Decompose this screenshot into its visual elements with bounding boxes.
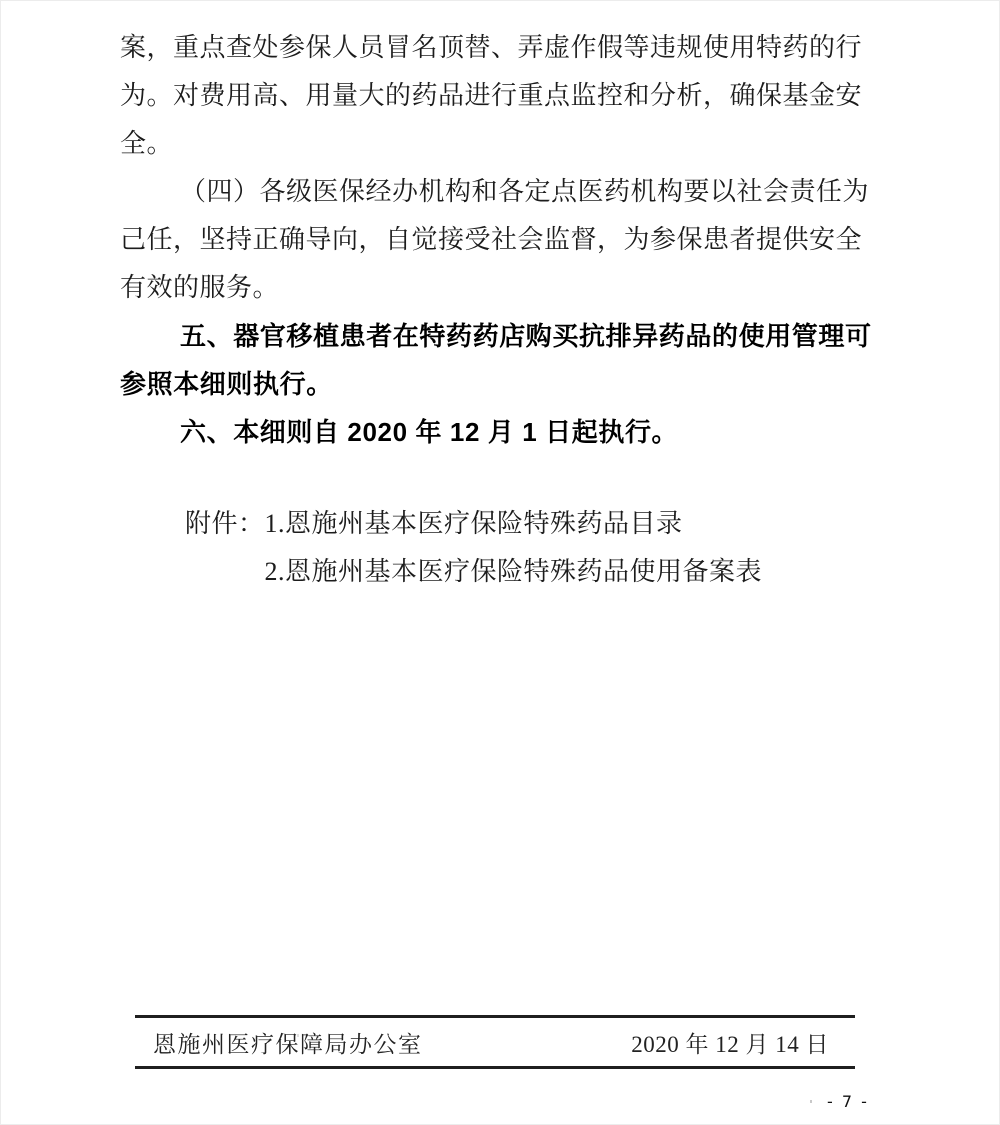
attachment-item: 1.恩施州基本医疗保险特殊药品目录 [265,500,763,548]
document-lines: 案，重点查处参保人员冒名顶替、弄虚作假等违规使用特药的行为。对费用高、用量大的药… [120,24,860,456]
document-line: 为。对费用高、用量大的药品进行重点监控和分析，确保基金安 [120,72,860,120]
footer-bottom-rule [135,1066,855,1069]
issue-date: 2020 年 12 月 14 日 [631,1026,829,1059]
document-line: 己任，坚持正确导向，自觉接受社会监督，为参保患者提供安全 [120,216,860,264]
document-page: 案，重点查处参保人员冒名顶替、弄虚作假等违规使用特药的行为。对费用高、用量大的药… [0,0,1000,1125]
document-line: 全。 [120,120,860,168]
document-line: 参照本细则执行。 [120,360,860,408]
document-line: （四）各级医保经办机构和各定点医药机构要以社会责任为 [120,168,860,216]
document-body: 案，重点查处参保人员冒名顶替、弄虚作假等违规使用特药的行为。对费用高、用量大的药… [120,24,860,596]
document-line: 六、本细则自 2020 年 12 月 1 日起执行。 [120,408,860,456]
footer-row: 恩施州医疗保障局办公室 2020 年 12 月 14 日 [135,1018,855,1066]
document-line: 五、器官移植患者在特药药店购买抗排异药品的使用管理可 [120,312,860,360]
attachment-items: 1.恩施州基本医疗保险特殊药品目录2.恩施州基本医疗保险特殊药品使用备案表 [265,500,763,596]
attachments-label: 附件： [185,500,265,548]
attachments-section: 附件： 1.恩施州基本医疗保险特殊药品目录2.恩施州基本医疗保险特殊药品使用备案… [120,500,860,596]
attachment-item: 2.恩施州基本医疗保险特殊药品使用备案表 [265,548,763,596]
document-line: 案，重点查处参保人员冒名顶替、弄虚作假等违规使用特药的行 [120,24,860,72]
issuing-office: 恩施州医疗保障局办公室 [153,1026,423,1059]
document-line: 有效的服务。 [120,264,860,312]
scan-speck [810,1100,812,1103]
scan-speck [297,1034,299,1037]
page-number: - 7 - [818,1092,878,1111]
